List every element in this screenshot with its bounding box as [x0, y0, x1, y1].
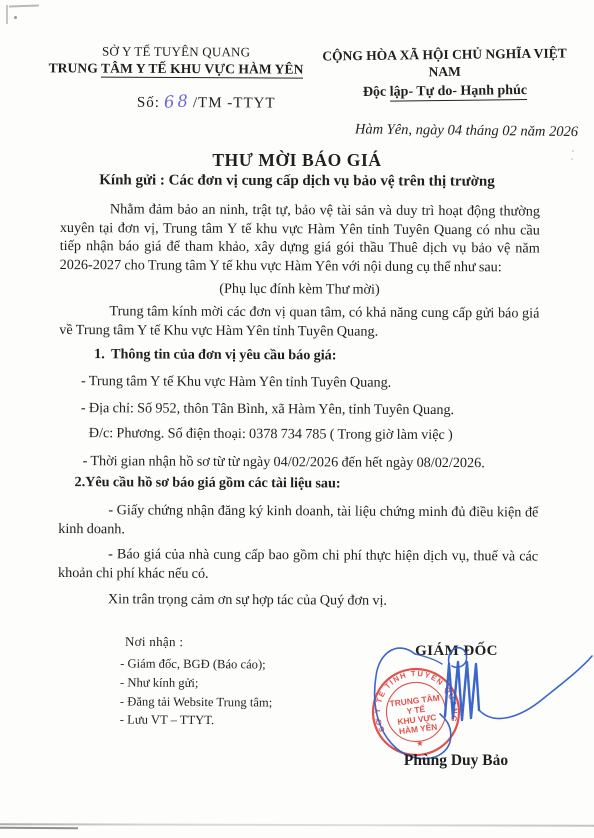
recipients-label: Nơi nhận :	[125, 634, 183, 650]
document-title: THƯ MỜI BÁO GIÁ	[0, 150, 594, 171]
section1-heading: 1. Thông tin của đơn vị yêu cầu báo giá:	[94, 345, 539, 366]
intro-paragraph-line: xuyên tại đơn vị, Trung tâm Y tế khu vực…	[60, 219, 540, 240]
section2-heading: 2.Yêu cầu hồ sơ báo giá gồm các tài liệu…	[74, 473, 538, 494]
national-header-block: CỘNG HÒA XÃ HỘI CHỦ NGHĨA VIỆT NAM Độc l…	[313, 44, 576, 141]
national-title-line: CỘNG HÒA XÃ HỘI CHỦ NGHĨA VIỆT NAM	[313, 44, 575, 81]
document-page: SỞ Y TẾ TUYÊN QUANG TRUNG TÂM Y TẾ KHU V…	[0, 0, 594, 838]
document-number: Số:68/TM -TTYT	[40, 91, 312, 112]
document-number-suffix: /TM -TTYT	[193, 95, 276, 111]
recipient-item: - Giám đốc, BGĐ (Báo cáo);	[120, 654, 272, 674]
document-number-handwritten-value: 68	[163, 91, 191, 112]
intro-paragraph-line: 2026-2027 cho Trung tâm Y tế khu vực Hàm…	[60, 256, 540, 277]
section1-item-contact: Đ/c: Phương. Số điện thoại: 0378 734 785…	[89, 425, 539, 446]
scan-artifact-bottom-line	[0, 827, 78, 830]
issue-date: Hàm Yên, ngày 04 tháng 02 năm 2026	[335, 121, 594, 141]
recipient-item: - Lưu VT – TTYT.	[120, 711, 272, 731]
document-body: Nhằm đảm bảo an ninh, trật tự, bảo vệ tà…	[58, 200, 540, 611]
signature-stroke-tail	[479, 656, 592, 719]
signature-stroke-loop	[375, 648, 451, 759]
motto-underlined: lập- Tự do- Hạnh phúc	[390, 83, 528, 102]
recipients-list: - Giám đốc, BGĐ (Báo cáo); - Như kính gử…	[120, 654, 273, 730]
closing-line: Xin trân trọng cảm ơn sự hợp tác của Quý…	[58, 590, 538, 611]
scan-artifact-bottom-line	[0, 823, 594, 827]
section2-item-line: - Giấy chứng nhận đăng ký kinh doanh, tà…	[58, 501, 538, 522]
issuer-org-underlined: TÂM Y TẾ KHU VỰC HÀM YÊN	[101, 61, 303, 79]
scan-artifact-speck	[14, 16, 17, 19]
section1-item: - Trung tâm Y tế Khu vực Hàm Yên tỉnh Tu…	[81, 372, 539, 393]
signer-name: Phùng Duy Bảo	[380, 752, 532, 770]
recipient-item: - Như kính gửi;	[120, 673, 272, 693]
section2-item-line: kinh doanh.	[58, 520, 538, 541]
section1-item: - Địa chỉ: Số 952, thôn Tân Bình, xã Hàm…	[81, 399, 539, 420]
motto-prefix: Độc	[363, 85, 390, 100]
issuer-block: SỞ Y TẾ TUYÊN QUANG TRUNG TÂM Y TẾ KHU V…	[40, 43, 312, 112]
issuer-org-prefix: TRUNG	[49, 60, 102, 75]
invitation-paragraph-line: Trung tâm kính mời các đơn vị quan tâm, …	[59, 302, 539, 323]
section1-item: - Thời gian nhận hồ sơ từ từ ngày 04/02/…	[83, 452, 539, 473]
recipient-item: - Đăng tải Website Trung tâm;	[120, 692, 272, 712]
issuer-department: SỞ Y TẾ TUYÊN QUANG	[40, 43, 312, 60]
signature-stroke-connector	[415, 654, 442, 664]
intro-paragraph-line: Nhằm đảm bảo an ninh, trật tự, bảo vệ tà…	[60, 200, 540, 221]
section2-item-line: khoản chi phí khác nếu có.	[58, 563, 538, 584]
signature-stroke-scribble	[445, 662, 479, 720]
scan-artifact-corner	[6, 5, 8, 24]
issuer-organization: TRUNG TÂM Y TẾ KHU VỰC HÀM YÊN	[40, 59, 312, 77]
section2-item-line: - Báo giá của nhà cung cấp bao gồm chi p…	[58, 545, 538, 566]
intro-paragraph-line: tiếp nhận báo giá để tham khảo, xây dựng…	[60, 237, 540, 258]
invitation-paragraph-line: về Trung tâm Y tế Khu vực Hàm Yên tỉnh T…	[59, 321, 539, 342]
document-number-label: Số:	[137, 95, 160, 111]
national-motto-line: Độc lập- Tự do- Hạnh phúc	[314, 80, 576, 102]
appendix-note: (Phụ lục đính kèm Thư mời)	[59, 279, 539, 300]
salutation-line: Kính gửi : Các đơn vị cung cấp dịch vụ b…	[0, 172, 594, 191]
scan-artifact-corner	[9, 4, 39, 7]
